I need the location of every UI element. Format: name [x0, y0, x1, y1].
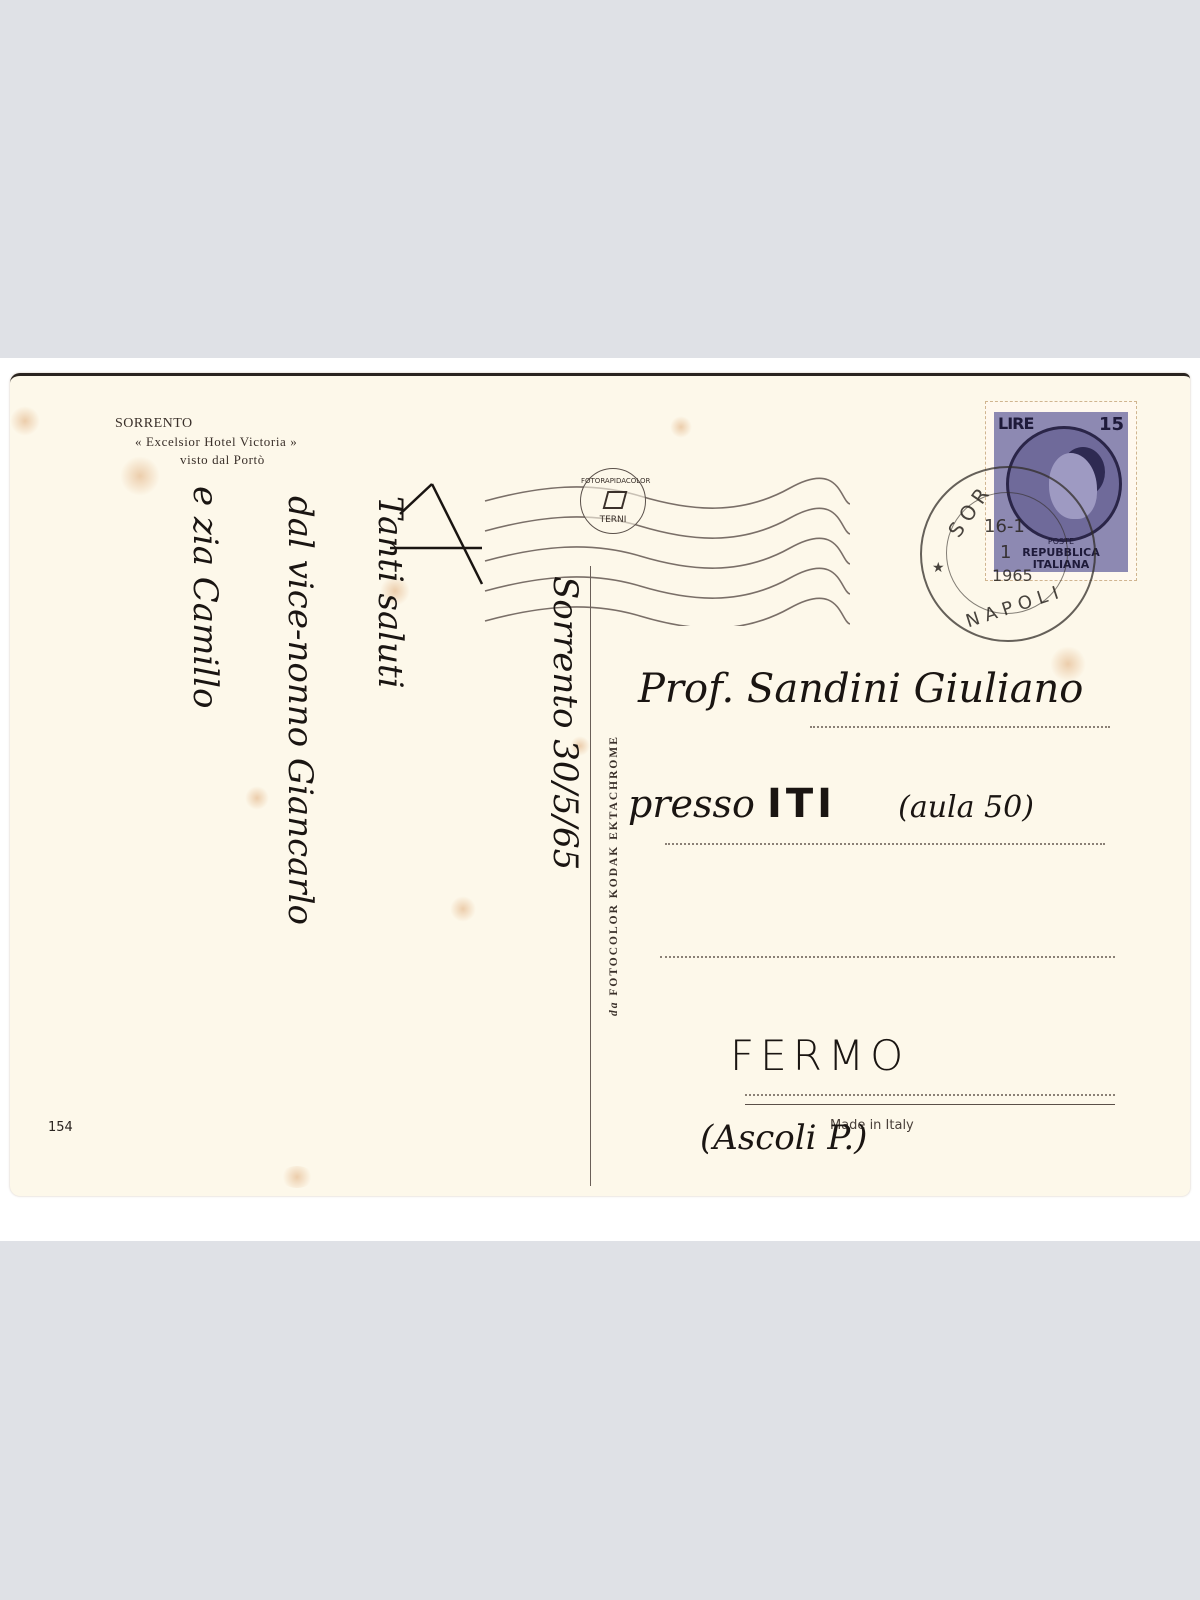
vertical-credit: da FOTOCOLOR KODAK EKTACHROME — [608, 735, 620, 1016]
address-line2: presso ITI (aula 50) — [628, 781, 1034, 827]
printed-subtitle: « Excelsior Hotel Victoria » — [135, 434, 297, 450]
publisher-logo-city: TERNI — [581, 515, 645, 525]
handwritten-message-line2: dal vice-nonno Giancarlo — [280, 496, 320, 925]
address-presso: presso — [628, 782, 755, 826]
foxing-spot — [10, 406, 40, 436]
postmark: SOR NAPOLI 16-1 1 1965 ★ — [920, 466, 1096, 642]
address-line-4 — [745, 1094, 1115, 1096]
address-room: (aula 50) — [898, 790, 1034, 825]
address-province: (Ascoli P.) — [700, 1118, 867, 1158]
address-recipient: Prof. Sandini Giuliano — [638, 666, 1083, 712]
postmark-line2: 1 — [1000, 542, 1011, 563]
address-line-3 — [660, 956, 1115, 958]
foxing-spot — [120, 456, 160, 496]
stamp-currency: LIRE — [998, 414, 1033, 433]
address-institution: ITI — [767, 781, 836, 827]
foxing-spot — [670, 416, 692, 438]
credit-prefix: da — [608, 1001, 620, 1017]
foxing-spot — [280, 1166, 314, 1188]
handwritten-signature: e zia Camillo — [185, 486, 225, 708]
address-line-1 — [810, 726, 1110, 728]
address-rule — [745, 1104, 1115, 1105]
foxing-spot — [450, 896, 476, 922]
printed-subtitle-2: visto dal Portò — [180, 452, 265, 468]
handwritten-place-date: Sorrento 30/5/65 — [545, 576, 585, 870]
printed-title: SORRENTO — [115, 416, 193, 432]
publisher-logo-text: FOTORAPIDACOLOR — [581, 477, 645, 485]
card-number: 154 — [48, 1120, 73, 1135]
camera-icon — [603, 491, 628, 509]
postmark-year: 1965 — [992, 566, 1033, 585]
address-line-2 — [665, 843, 1105, 845]
publisher-logo: FOTORAPIDACOLOR TERNI — [580, 468, 646, 534]
pen-stroke-icon — [390, 476, 490, 586]
foxing-spot — [245, 786, 269, 810]
postmark-date: 16-1 — [984, 516, 1025, 537]
address-city: FERMO — [730, 1031, 909, 1080]
center-divider — [590, 566, 591, 1186]
postcard-back: SORRENTO « Excelsior Hotel Victoria » vi… — [10, 373, 1190, 1196]
credit-text: FOTOCOLOR KODAK EKTACHROME — [608, 735, 620, 996]
star-icon: ★ — [932, 560, 945, 576]
wavy-cancellation-icon — [480, 476, 850, 626]
stamp-value: 15 — [1099, 414, 1124, 435]
